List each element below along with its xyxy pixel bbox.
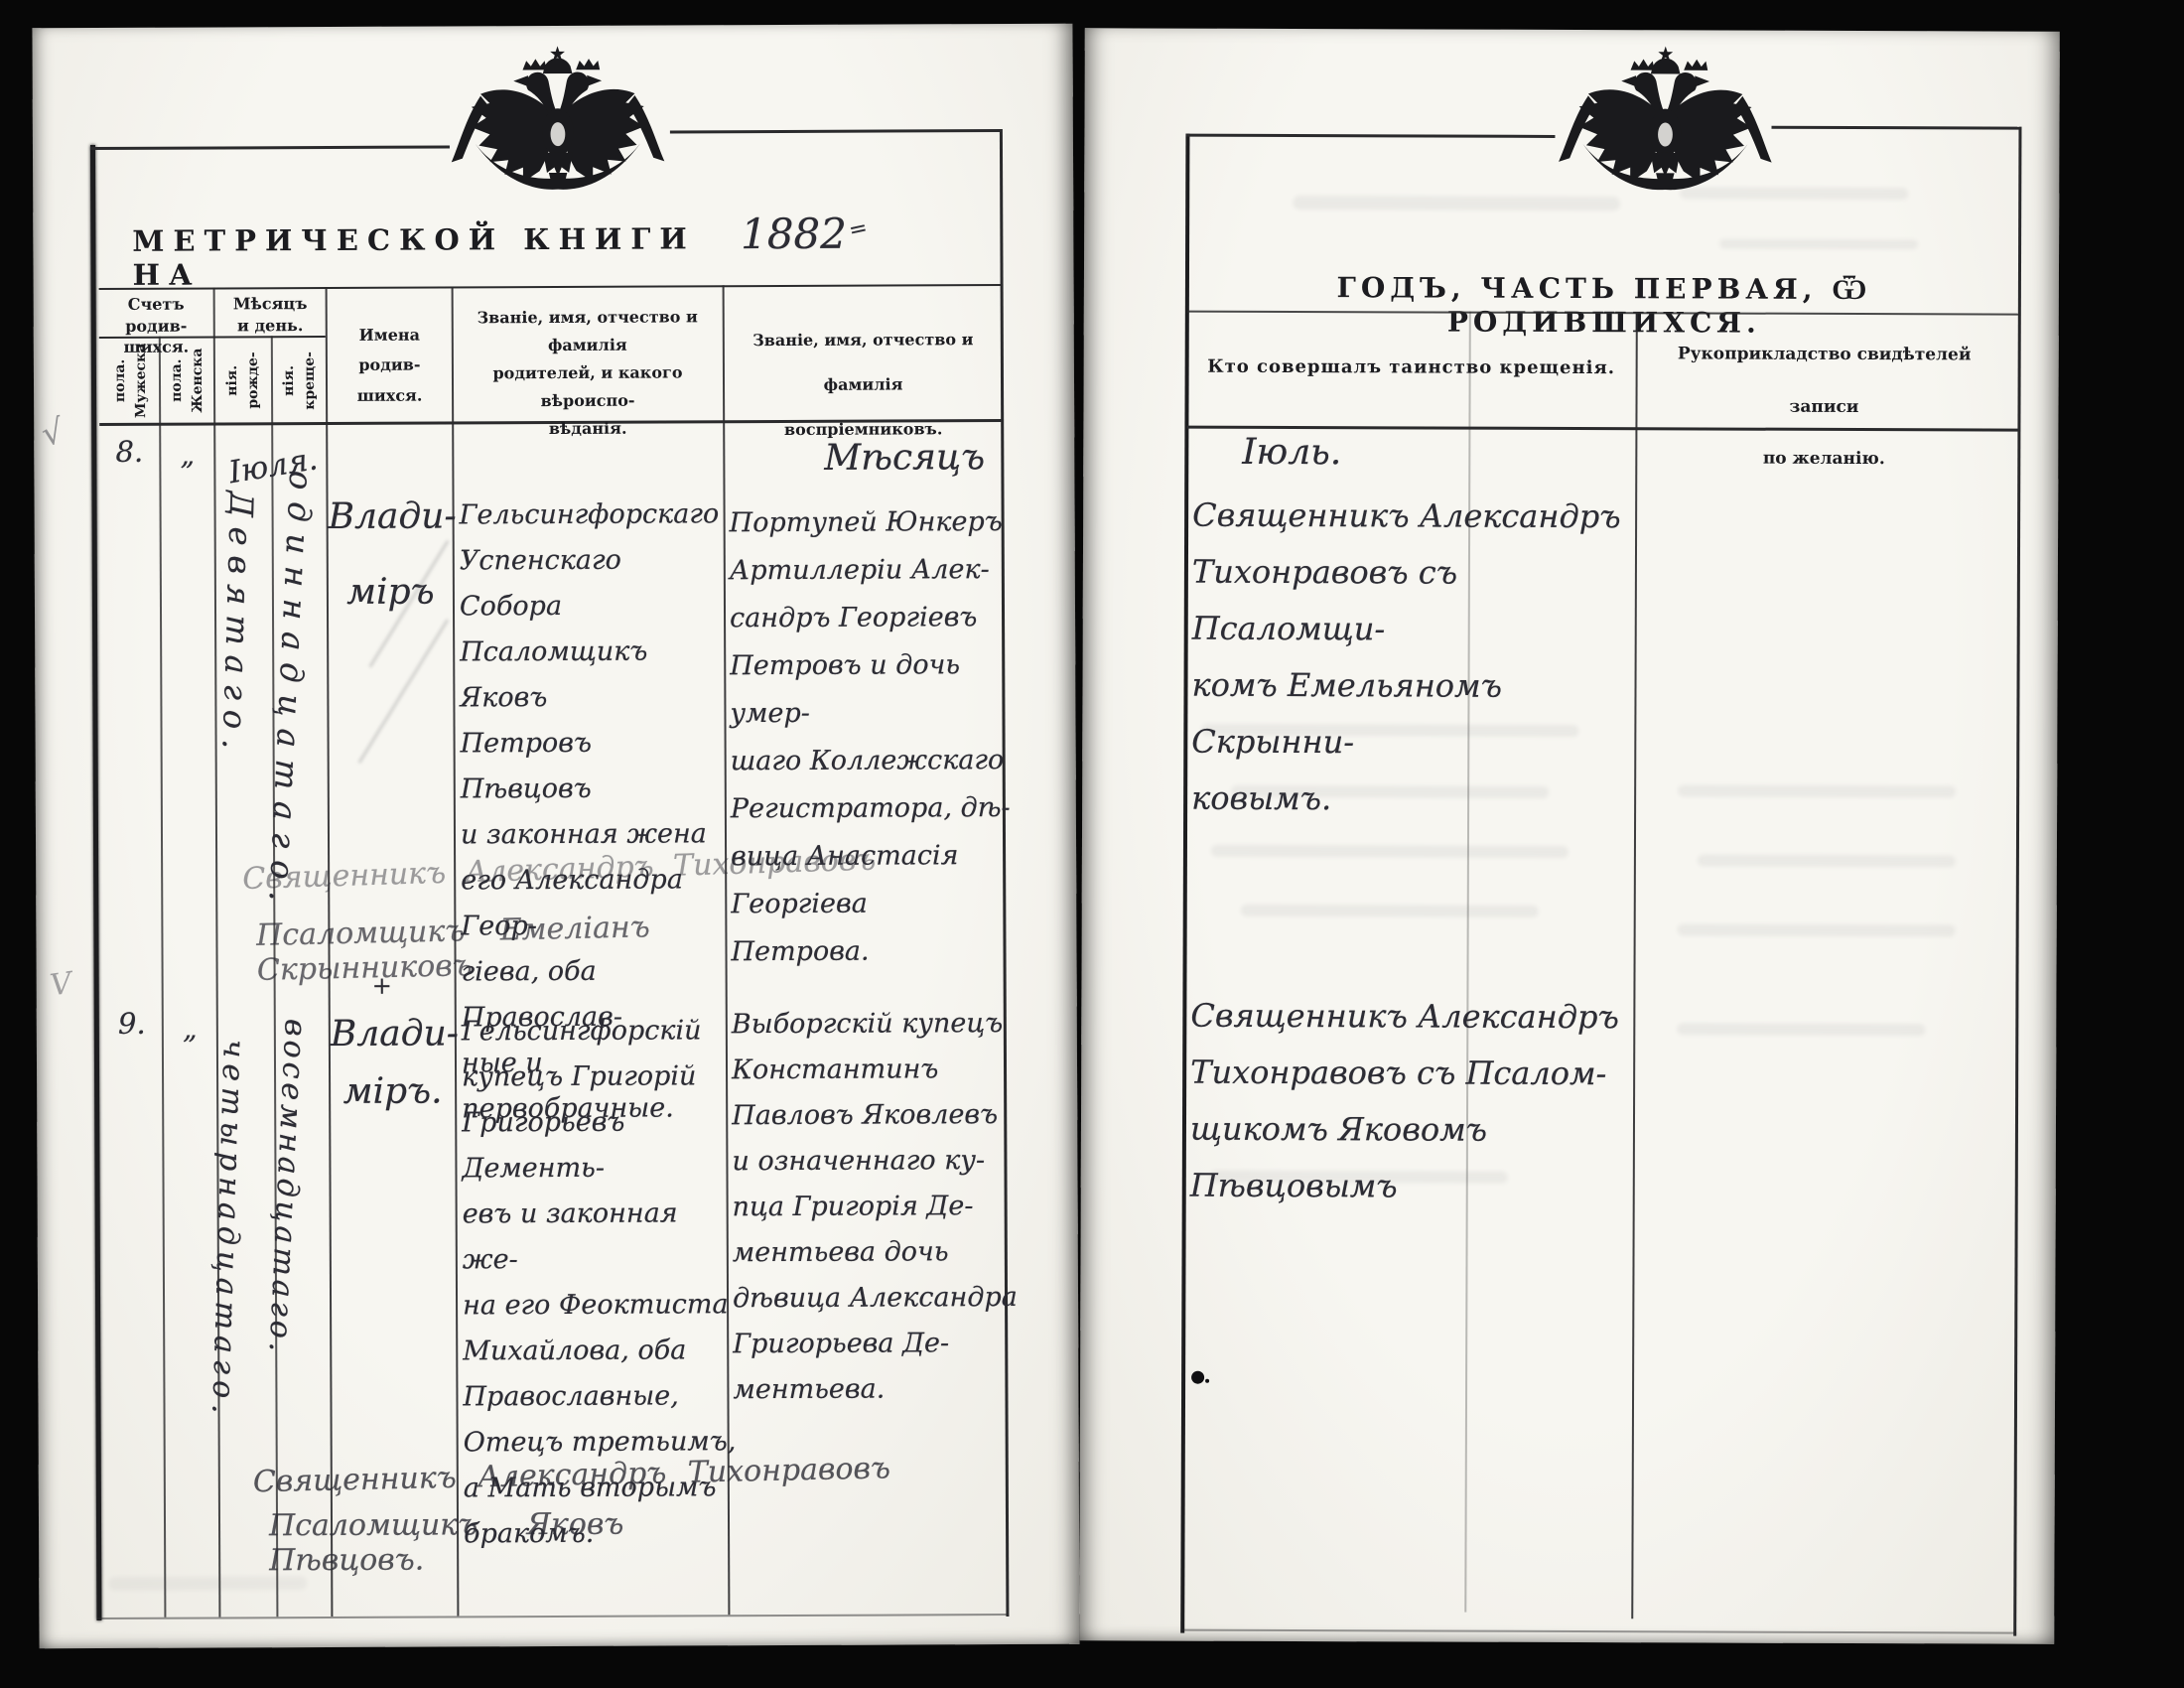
col-header-parents: Званіе, имя, отчество и фамилія родителе… bbox=[455, 303, 722, 443]
col-header-witnesses: Рукоприкладство свидѣтелей записи по жел… bbox=[1645, 328, 2003, 486]
female-count-ditto: „ bbox=[164, 1012, 216, 1045]
bleed-through-smudge bbox=[1231, 785, 1549, 798]
godparents-entry: Выборгскій купецъ Константинъ Павловъ Як… bbox=[732, 1001, 1022, 1413]
page-title-year-flourish: = bbox=[846, 215, 869, 243]
bleed-through-smudge bbox=[1678, 923, 1956, 936]
clergy-signature-priest: Священникъ Александръ Тихонравовъ bbox=[253, 1450, 929, 1499]
record-number: 9. bbox=[102, 1007, 162, 1041]
bleed-through-smudge bbox=[1680, 187, 1908, 200]
bleed-through-smudge bbox=[1719, 239, 1918, 250]
birth-day-value: Девятаго. bbox=[214, 491, 260, 760]
record-number: 8. bbox=[99, 435, 159, 469]
col-header-officiant: Кто совершалъ таинство крещенія. bbox=[1203, 356, 1620, 378]
col-header-female: Женска пола. bbox=[161, 340, 213, 423]
page-title-printed: МЕТРИЧЕСКОЙ КНИГИ НА bbox=[132, 221, 721, 292]
clergy-signature-psalmist: Псаломщикъ Емеліанъ Скрынниковъ bbox=[256, 905, 892, 988]
frame-bottom-border bbox=[96, 1614, 1008, 1619]
imperial-eagle-icon bbox=[448, 42, 669, 231]
col-header-baptism-day: креще- нія. bbox=[273, 339, 326, 422]
godparents-heading: Мѣсяцъ bbox=[824, 437, 985, 479]
frame-top-border-right bbox=[1771, 126, 2021, 130]
bleed-through-smudge bbox=[1677, 1023, 1925, 1036]
col-header-godparents: Званіе, имя, отчество и фамилія воспріем… bbox=[726, 318, 1002, 453]
birth-day-value: четырнадцатаго. bbox=[205, 1039, 251, 1420]
frame-left-border bbox=[90, 145, 101, 1620]
bleed-through-smudge bbox=[1678, 784, 1956, 797]
frame-right-border bbox=[2013, 127, 2021, 1636]
record-month: Іюль. bbox=[1242, 432, 1341, 473]
frame-bottom-border bbox=[1180, 1629, 2016, 1634]
bleed-through-smudge bbox=[1211, 845, 1569, 858]
bleed-through-smudge bbox=[1210, 1171, 1508, 1184]
bleed-through-smudge bbox=[1201, 724, 1578, 737]
page-title-year: 1882 bbox=[741, 210, 847, 258]
margin-check-mark-1: √ bbox=[38, 411, 68, 455]
frame-top-border-left bbox=[90, 145, 450, 150]
bleed-through-smudge bbox=[1293, 196, 1620, 211]
child-name: Влади- міръ. bbox=[331, 1005, 456, 1121]
col-rule-male-female bbox=[159, 337, 167, 1618]
ink-blot bbox=[1191, 1371, 1204, 1384]
baptism-day-value: одиннадцатаго. bbox=[261, 470, 320, 914]
frame-top-border-right bbox=[670, 129, 1002, 133]
col-header-birth-day: рожде- нія. bbox=[215, 339, 271, 422]
col-header-date: Мѣсяцъ и день. bbox=[215, 293, 326, 337]
metrical-book-right-page: ГОДЪ, ЧАСТЬ ПЕРВАЯ, Ѿ РОДИВШИХСЯ. Кто со… bbox=[1079, 28, 2060, 1643]
baptism-day-value: восемнадцатаго. bbox=[262, 1018, 313, 1356]
bleed-through-smudge bbox=[1241, 905, 1539, 917]
death-cross-mark: + bbox=[372, 972, 392, 1000]
frame-left-border bbox=[1180, 134, 1189, 1633]
ink-blot bbox=[1205, 1379, 1209, 1383]
female-count-ditto: „ bbox=[161, 439, 213, 472]
col-header-male: Мужеска пола. bbox=[102, 340, 159, 423]
bleed-through-smudge bbox=[108, 1576, 307, 1591]
left-page-title: МЕТРИЧЕСКОЙ КНИГИ НА 1882 = bbox=[132, 210, 867, 292]
officiant-entry: Священникъ Александръ Тихонравовъ съ Пса… bbox=[1191, 488, 1659, 829]
metrical-book-left-page: МЕТРИЧЕСКОЙ КНИГИ НА 1882 = Счетъ родив-… bbox=[32, 24, 1079, 1649]
col-header-names: Имена родив- шихся. bbox=[328, 320, 452, 411]
frame-top-border-left bbox=[1185, 134, 1555, 138]
pencil-note-smudge bbox=[357, 619, 449, 764]
margin-check-mark-2: V bbox=[48, 966, 73, 1004]
clergy-signature-psalmist: Псаломщикъ Яковъ Пѣвцовъ. bbox=[269, 1506, 825, 1578]
bleed-through-smudge bbox=[1698, 854, 1956, 867]
child-name: Влади- міръ bbox=[328, 479, 453, 631]
